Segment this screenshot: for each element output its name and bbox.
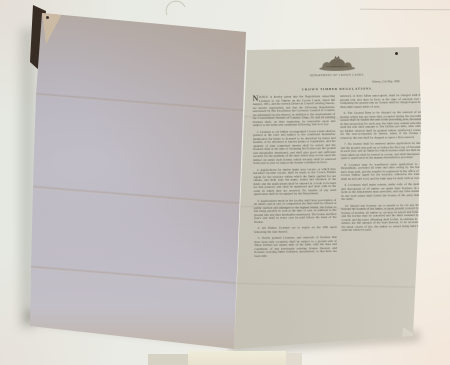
paragraph: 3. Applications made in the locality sha… bbox=[254, 198, 337, 224]
department-line: DEPARTMENT OF CROWN LANDS. bbox=[252, 73, 422, 78]
paragraph: 10. Should any licensee cut or permit to… bbox=[341, 203, 424, 232]
paragraph: 2. Applications for timber limits now va… bbox=[253, 167, 336, 196]
paragraph: 4. All Timber Licenses are to expire on … bbox=[254, 226, 337, 234]
pin bbox=[395, 52, 398, 55]
column-right: renewed, or have fallen unoccupied, shal… bbox=[340, 94, 425, 260]
fold-crease bbox=[31, 186, 246, 205]
fold-crease bbox=[237, 283, 415, 288]
coat-of-arms-icon bbox=[314, 55, 360, 73]
column-left: NOTICE is hereby given that the Regulati… bbox=[252, 95, 337, 261]
printed-text-block: DEPARTMENT OF CROWN LANDS. Ottawa, 21st … bbox=[252, 54, 424, 261]
shelf-edge-center bbox=[188, 351, 286, 365]
notice-text: OTICE is hereby given that the Regulatio… bbox=[253, 94, 336, 127]
paragraph: 5. Newly granted Licenses, and renewals … bbox=[254, 236, 337, 258]
photograph-of-pinned-document: DEPARTMENT OF CROWN LANDS. Ottawa, 21st … bbox=[0, 0, 450, 365]
wall-seam-line bbox=[360, 9, 450, 11]
paragraph: 6. The Ground Rent to be charged on the … bbox=[340, 111, 423, 140]
pin bbox=[46, 16, 49, 19]
paragraph: 9. Licensees shall make returns, under o… bbox=[341, 183, 424, 202]
text-columns: NOTICE is hereby given that the Regulati… bbox=[252, 94, 424, 261]
paragraph: renewed, or have fallen unoccupied, shal… bbox=[340, 94, 423, 109]
shelf-edge-left bbox=[148, 354, 190, 365]
dateline: Ottawa, 21st May, 1866. bbox=[252, 78, 422, 84]
wall-curl-mark bbox=[163, 0, 189, 18]
shelf-edge-right bbox=[286, 353, 302, 365]
paragraph: 8. Licenses may be transferred upon appl… bbox=[341, 162, 424, 181]
notice-paragraph: NOTICE is hereby given that the Regulati… bbox=[252, 95, 335, 128]
fold-crease bbox=[30, 266, 241, 285]
paragraph: 7. No license shall be renewed unless ap… bbox=[341, 142, 424, 161]
fold-crease bbox=[33, 93, 246, 112]
paragraph: 1. Licenses to cut timber on ungranted C… bbox=[253, 129, 336, 165]
document-title: CROWN TIMBER REGULATIONS. bbox=[252, 86, 422, 92]
